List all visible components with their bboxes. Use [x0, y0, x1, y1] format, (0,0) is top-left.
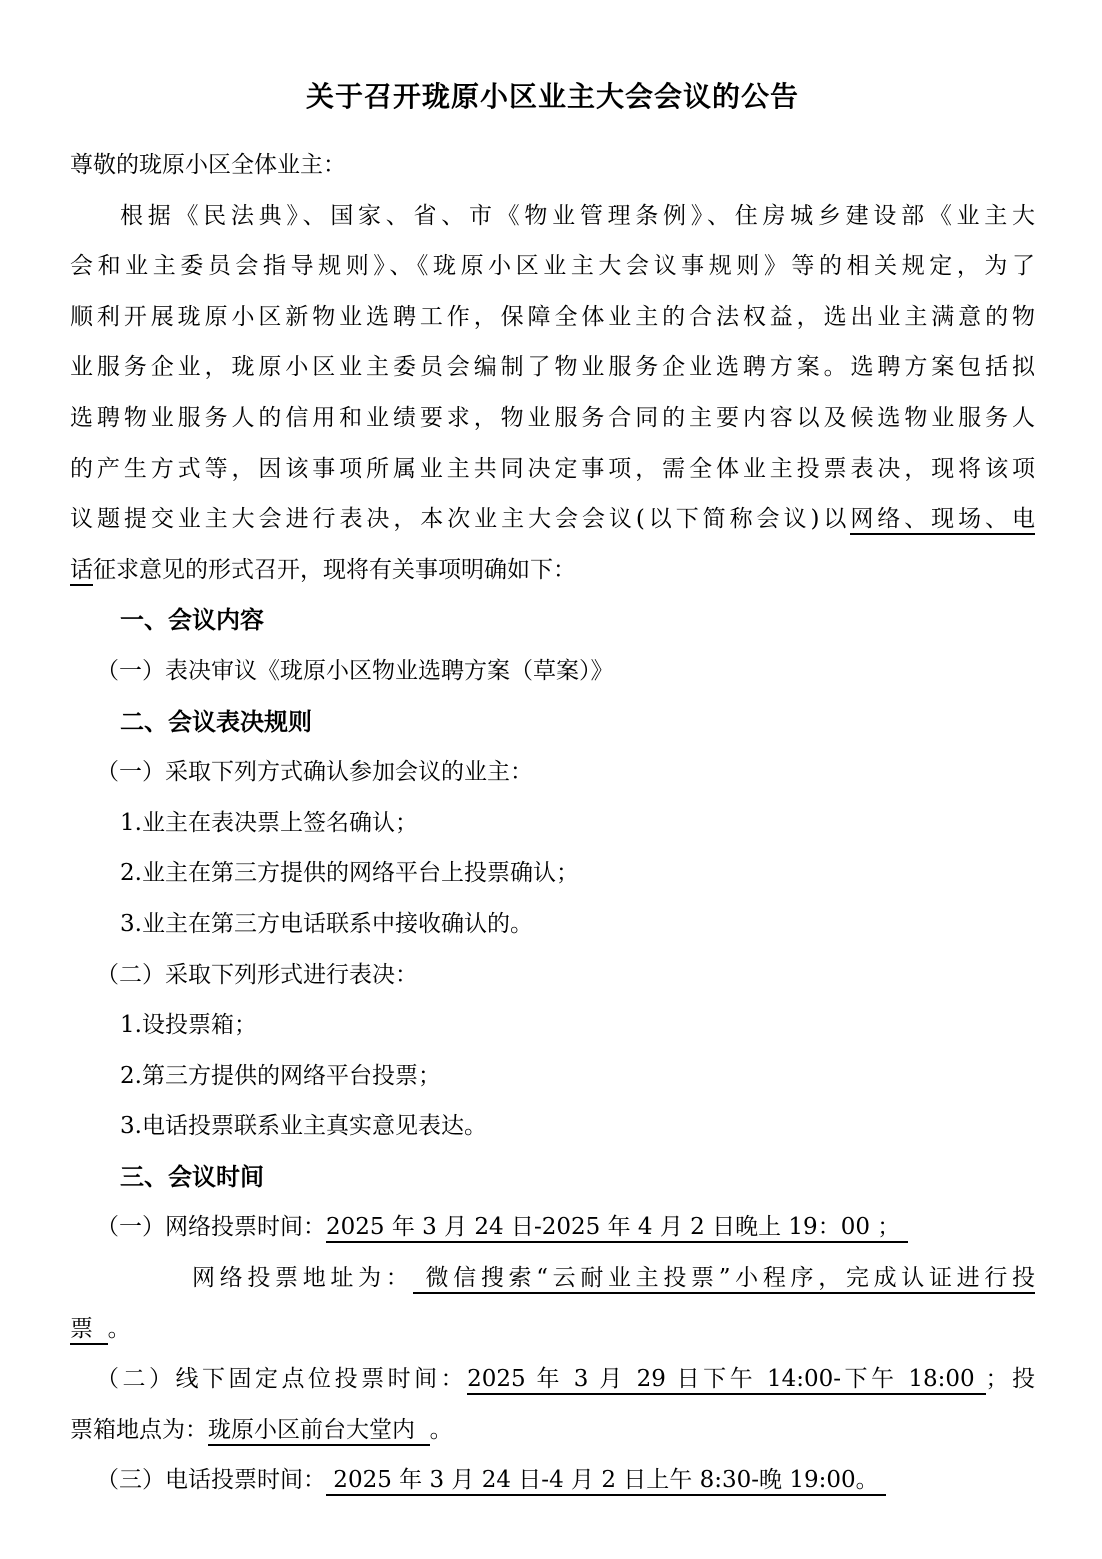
offline-vote-location-line: 票箱地点为：珑原小区前台大堂内 。 — [70, 1405, 1035, 1456]
list-item: （一）表决审议《珑原小区物业选聘方案（草案）》 — [70, 646, 1035, 697]
list-item: 1.业主在表决票上签名确认； — [70, 798, 1035, 849]
salutation-line: 尊敬的珑原小区全体业主： — [70, 140, 1035, 191]
text-run: 选聘物业服务人的信用和业绩要求，物业服务合同的主要内容以及候选物业服务人 — [70, 405, 1035, 431]
underlined-run: 珑原小区前台大堂内 — [208, 1417, 430, 1446]
list-item: 3.电话投票联系业主真实意见表达。 — [70, 1101, 1035, 1152]
text-run: 业服务企业，珑原小区业主委员会编制了物业服务企业选聘方案。选聘方案包括拟 — [70, 354, 1035, 380]
underlined-run: 话 — [70, 557, 93, 586]
list-item: 1.设投票箱； — [70, 1000, 1035, 1051]
section-heading-meeting-time: 三、会议时间 — [70, 1152, 1035, 1203]
paragraph-line: 会和业主委员会指导规则》、《珑原小区业主大会议事规则》等的相关规定，为了 — [70, 241, 1035, 292]
text-run: 网络投票地址为： — [192, 1265, 413, 1291]
list-item: （一）采取下列方式确认参加会议的业主： — [70, 747, 1035, 798]
underlined-run: 网络、现场、电 — [850, 506, 1035, 535]
paragraph-line: 根据《民法典》、国家、省、市《物业管理条例》、住房城乡建设部《业主大 — [70, 191, 1035, 242]
paragraph-line: 选聘物业服务人的信用和业绩要求，物业服务合同的主要内容以及候选物业服务人 — [70, 393, 1035, 444]
text-run: 。 — [430, 1417, 453, 1443]
network-vote-time-line: （一）网络投票时间：2025 年 3 月 24 日-2025 年 4 月 2 日… — [70, 1202, 1035, 1253]
underlined-run: 票 — [70, 1316, 108, 1345]
underlined-run: 2025 年 3 月 29 日下午 14:00-下午 18:00 — [467, 1366, 985, 1395]
offline-vote-time-line: （二）线下固定点位投票时间：2025 年 3 月 29 日下午 14:00-下午… — [70, 1354, 1035, 1405]
underlined-run: 2025 年 3 月 24 日-4 月 2 日上午 8:30-晚 19:00。 — [326, 1467, 886, 1496]
list-item: （二）采取下列形式进行表决： — [70, 950, 1035, 1001]
text-run: ；投 — [986, 1366, 1036, 1392]
list-item: 3.业主在第三方电话联系中接收确认的。 — [70, 899, 1035, 950]
paragraph-line: 业服务企业，珑原小区业主委员会编制了物业服务企业选聘方案。选聘方案包括拟 — [70, 342, 1035, 393]
document-title: 关于召开珑原小区业主大会会议的公告 — [70, 74, 1035, 120]
text-run: （二）线下固定点位投票时间： — [96, 1366, 467, 1392]
network-vote-address-line: 票 。 — [70, 1304, 1035, 1355]
paragraph-line: 顺利开展珑原小区新物业选聘工作，保障全体业主的合法权益，选出业主满意的物 — [70, 292, 1035, 343]
document-content: 关于召开珑原小区业主大会会议的公告 尊敬的珑原小区全体业主： 根据《民法典》、国… — [0, 0, 1102, 1506]
section-heading-meeting-content: 一、会议内容 — [70, 595, 1035, 646]
text-run: 根据《民法典》、国家、省、市《物业管理条例》、住房城乡建设部《业主大 — [120, 203, 1035, 229]
list-item: 2.第三方提供的网络平台投票； — [70, 1051, 1035, 1102]
underlined-run: 微信搜索“云耐业主投票”小程序，完成认证进行投 — [413, 1265, 1035, 1294]
text-run: 会和业主委员会指导规则》、《珑原小区业主大会议事规则》等的相关规定，为了 — [70, 253, 1035, 279]
paragraph-line: 议题提交业主大会进行表决，本次业主大会会议(以下简称会议)以网络、现场、电 — [70, 494, 1035, 545]
document-page: 关于召开珑原小区业主大会会议的公告 尊敬的珑原小区全体业主： 根据《民法典》、国… — [0, 0, 1102, 1559]
text-run: 。 — [108, 1316, 131, 1342]
text-run: （三）电话投票时间： — [96, 1467, 326, 1493]
network-vote-address-line: 网络投票地址为： 微信搜索“云耐业主投票”小程序，完成认证进行投 — [70, 1253, 1035, 1304]
list-item: 2.业主在第三方提供的网络平台上投票确认； — [70, 848, 1035, 899]
paragraph-line: 的产生方式等，因该事项所属业主共同决定事项，需全体业主投票表决，现将该项 — [70, 444, 1035, 495]
text-run: （一）网络投票时间： — [96, 1214, 326, 1240]
text-run: 票箱地点为： — [70, 1417, 208, 1443]
text-run: 征求意见的形式召开，现将有关事项明确如下： — [93, 557, 576, 583]
phone-vote-time-line: （三）电话投票时间： 2025 年 3 月 24 日-4 月 2 日上午 8:3… — [70, 1455, 1035, 1506]
section-heading-voting-rules: 二、会议表决规则 — [70, 697, 1035, 748]
text-run: 顺利开展珑原小区新物业选聘工作，保障全体业主的合法权益，选出业主满意的物 — [70, 304, 1035, 330]
text-run: 议题提交业主大会进行表决，本次业主大会会议(以下简称会议)以 — [70, 506, 850, 532]
underlined-run: 2025 年 3 月 24 日-2025 年 4 月 2 日晚上 19：00 ； — [326, 1214, 908, 1243]
paragraph-line: 话征求意见的形式召开，现将有关事项明确如下： — [70, 545, 1035, 596]
text-run: 的产生方式等，因该事项所属业主共同决定事项，需全体业主投票表决，现将该项 — [70, 456, 1035, 482]
